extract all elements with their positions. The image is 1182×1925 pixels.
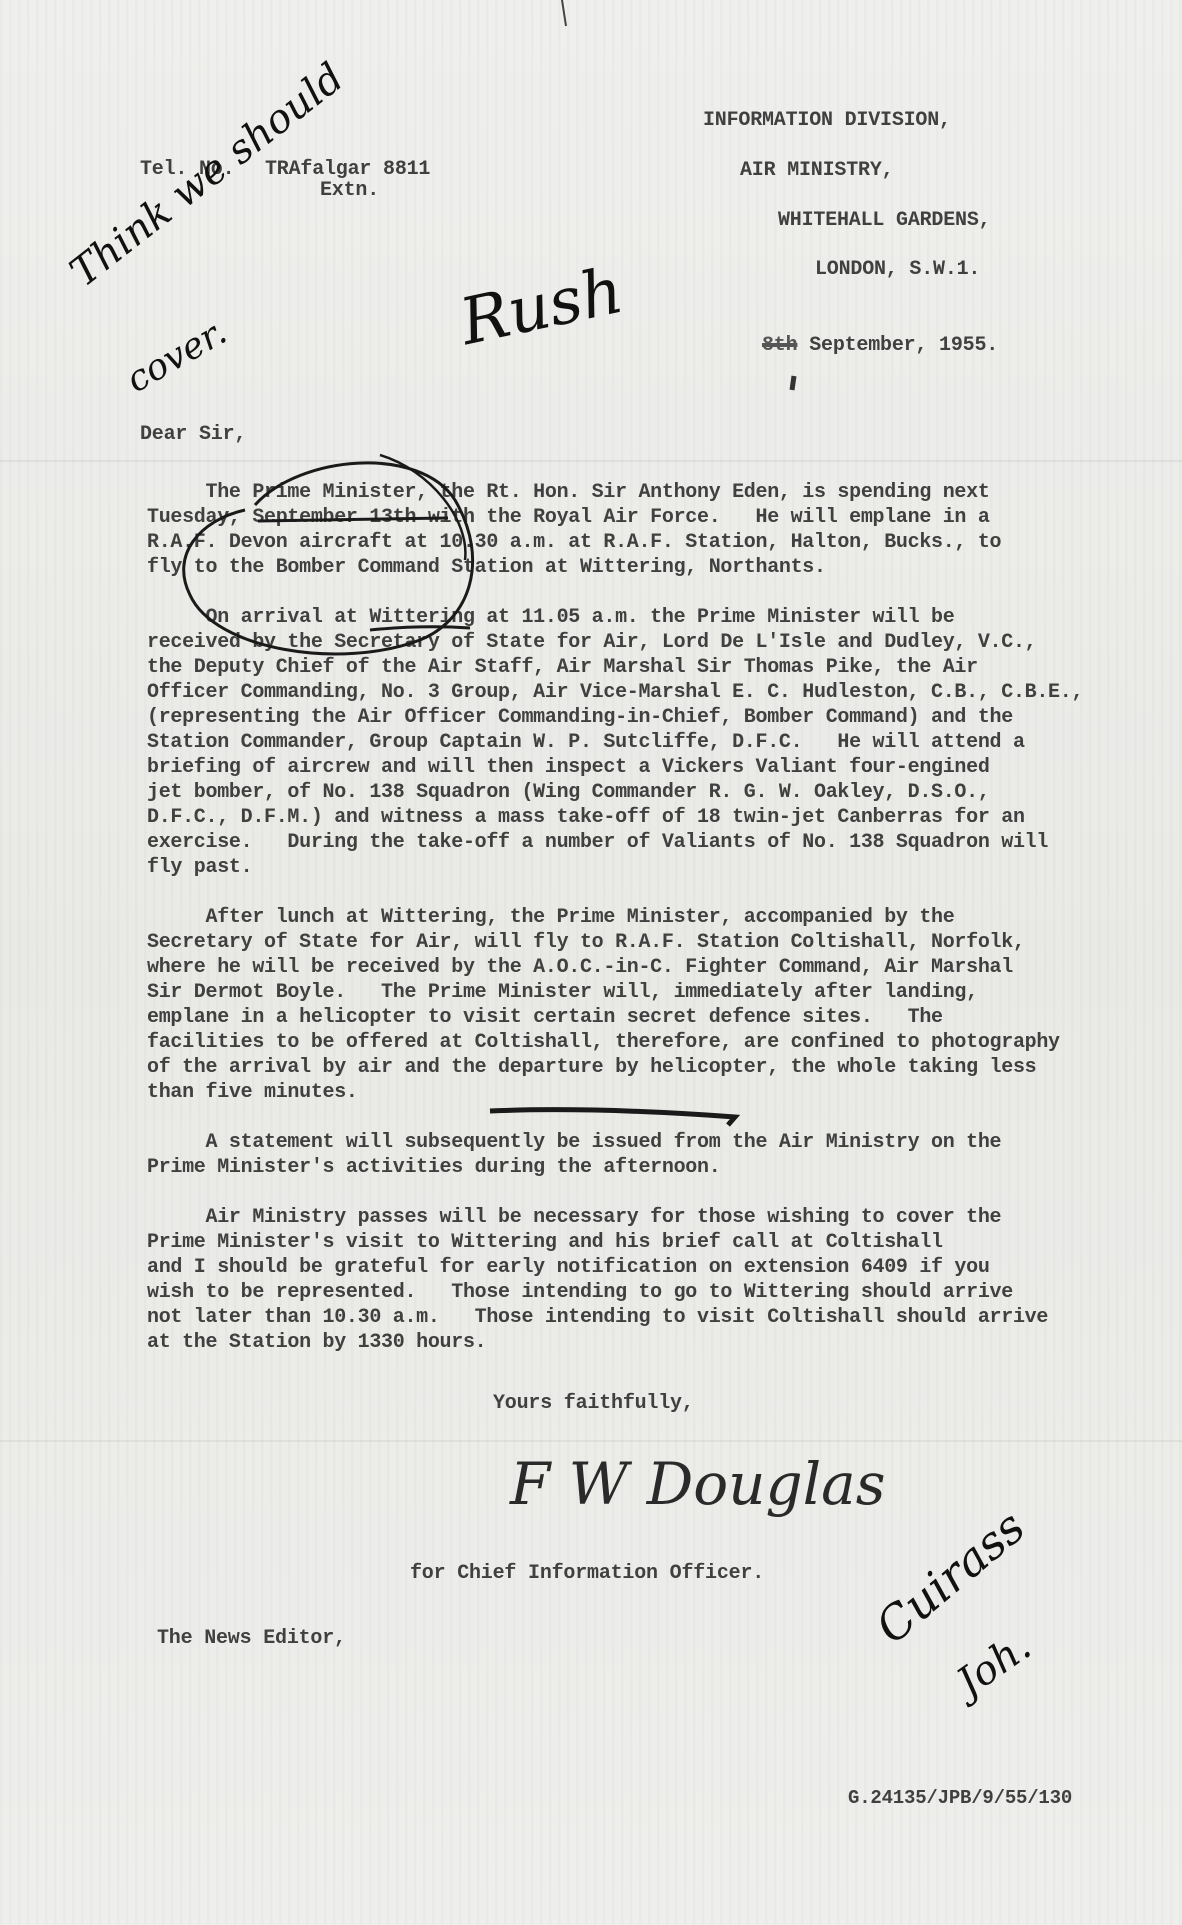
addressee: The News Editor,: [157, 1626, 346, 1651]
reference-code: G.24135/JPB/9/55/130: [848, 1786, 1072, 1811]
closing: Yours faithfully,: [493, 1391, 694, 1416]
signatory-role: for Chief Information Officer.: [410, 1561, 764, 1586]
signature: F W Douglas: [510, 1450, 886, 1518]
